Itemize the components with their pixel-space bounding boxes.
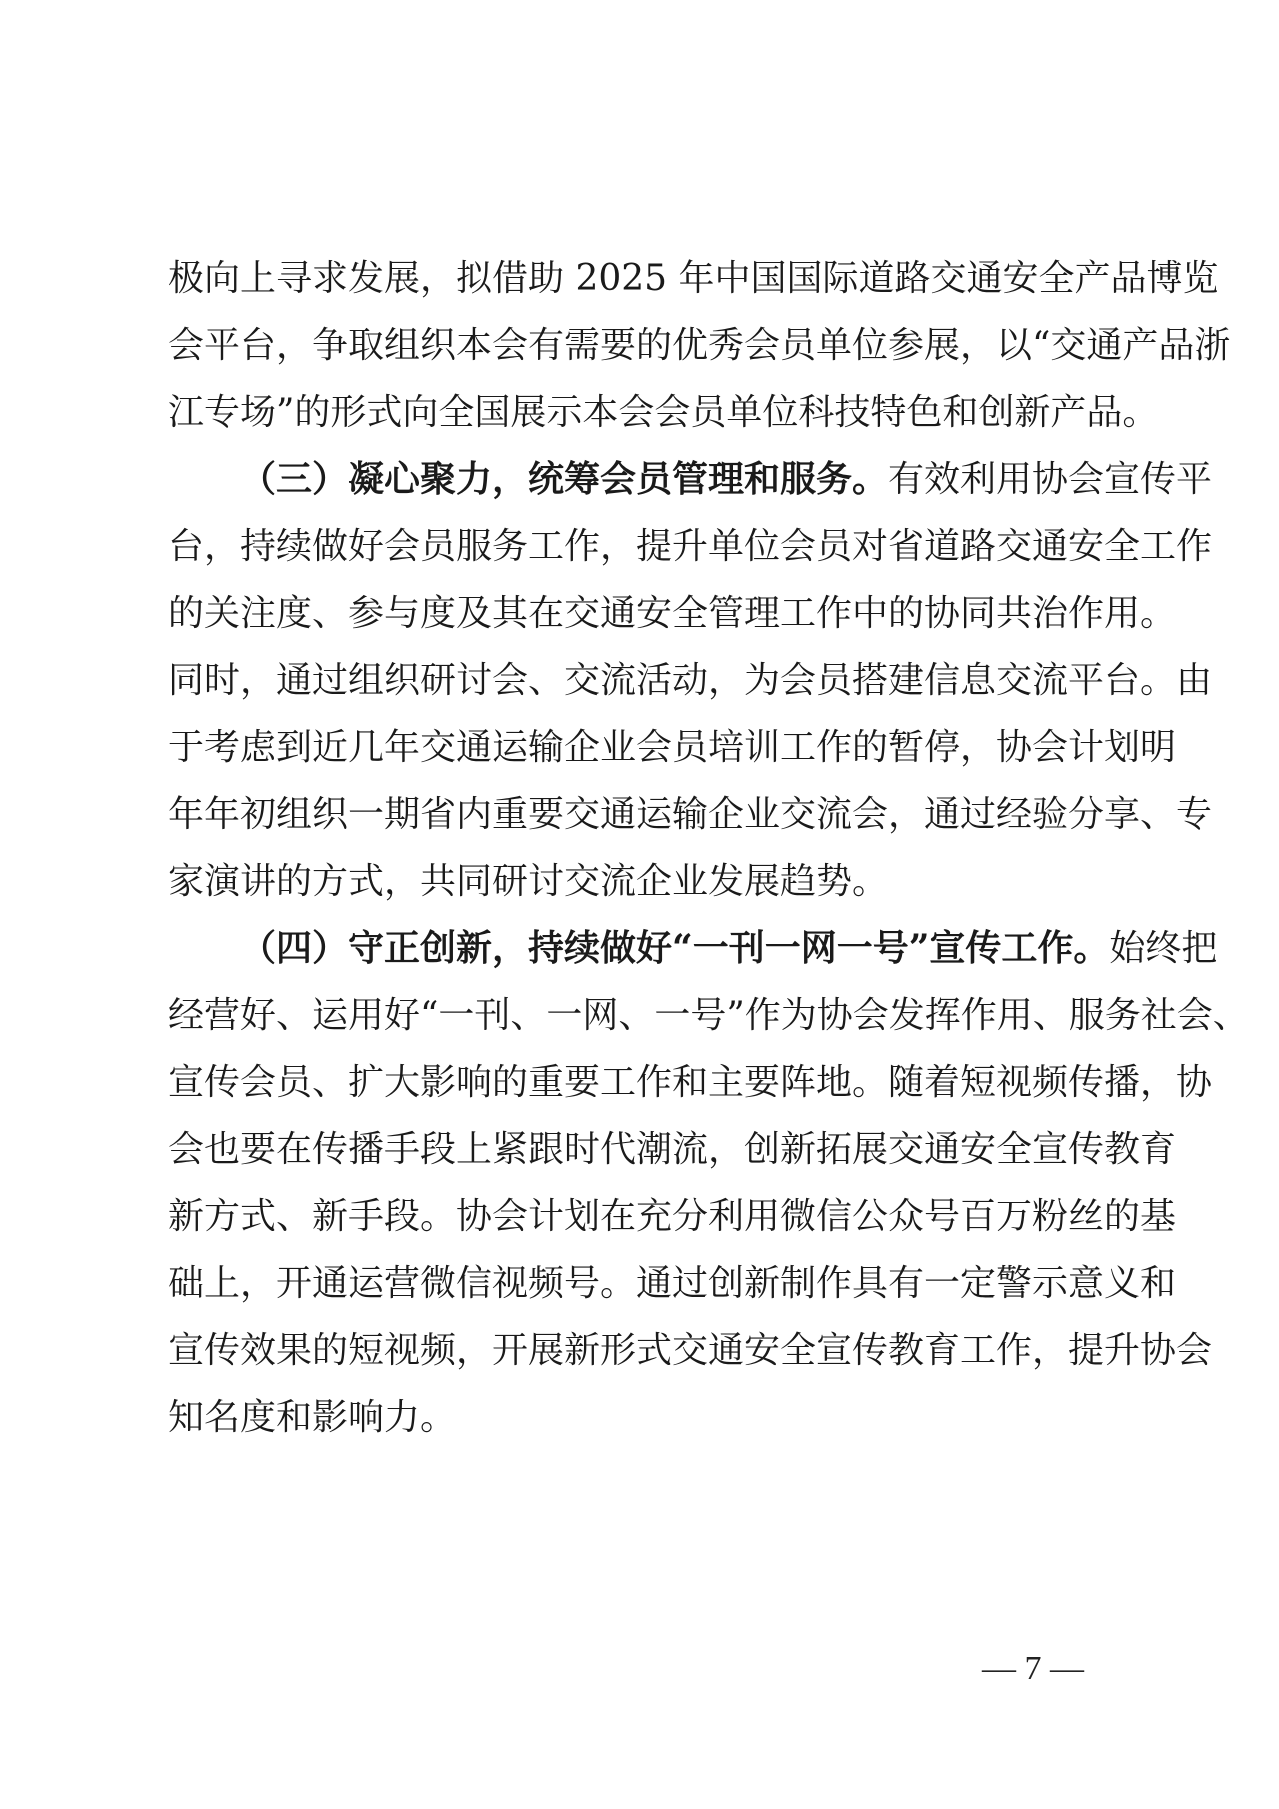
paragraph-3-line-5: 新方式、新手段。协会计划在充分利用微信公众号百万粉丝的基 [168,1183,1118,1250]
paragraph-1-line-1: 极向上寻求发展，拟借助 2025 年中国国际道路交通安全产品博览 [168,245,1118,312]
body-text: 极向上寻求发展，拟借助 2025 年中国国际道路交通安全产品博览 会平台，争取组… [168,245,1118,1451]
paragraph-2-first-line-rest: 有效利用协会宣传平 [888,459,1212,500]
section-heading-4: （四）守正创新，持续做好“一刊一网一号”宣传工作。 [240,927,1109,969]
paragraph-2-line-7: 家演讲的方式，共同研讨交流企业发展趋势。 [168,848,1118,915]
paragraph-3-line-7: 宣传效果的短视频，开展新形式交通安全宣传教育工作，提升协会 [168,1317,1118,1384]
paragraph-3-first-line: （四）守正创新，持续做好“一刊一网一号”宣传工作。始终把 [168,915,1118,982]
paragraph-3-line-6: 础上，开通运营微信视频号。通过创新制作具有一定警示意义和 [168,1250,1118,1317]
paragraph-1-line-3: 江专场”的形式向全国展示本会会员单位科技特色和创新产品。 [168,379,1118,446]
paragraph-2-line-4: 同时，通过组织研讨会、交流活动，为会员搭建信息交流平台。由 [168,647,1118,714]
paragraph-3-first-line-rest: 始终把 [1109,928,1217,969]
paragraph-2-line-2: 台，持续做好会员服务工作，提升单位会员对省道路交通安全工作 [168,513,1118,580]
document-page: 极向上寻求发展，拟借助 2025 年中国国际道路交通安全产品博览 会平台，争取组… [0,0,1279,1809]
paragraph-3-line-8: 知名度和影响力。 [168,1384,1118,1451]
page-number: — 7 — [982,1650,1084,1688]
paragraph-3-line-2: 经营好、运用好“一刊、一网、一号”作为协会发挥作用、服务社会、 [168,982,1118,1049]
section-heading-3: （三）凝心聚力，统筹会员管理和服务。 [240,458,888,500]
paragraph-3-line-3: 宣传会员、扩大影响的重要工作和主要阵地。随着短视频传播，协 [168,1049,1118,1116]
paragraph-2-line-3: 的关注度、参与度及其在交通安全管理工作中的协同共治作用。 [168,580,1118,647]
paragraph-2-line-6: 年年初组织一期省内重要交通运输企业交流会，通过经验分享、专 [168,781,1118,848]
paragraph-2-line-5: 于考虑到近几年交通运输企业会员培训工作的暂停，协会计划明 [168,714,1118,781]
paragraph-2-first-line: （三）凝心聚力，统筹会员管理和服务。有效利用协会宣传平 [168,446,1118,513]
paragraph-3-line-4: 会也要在传播手段上紧跟时代潮流，创新拓展交通安全宣传教育 [168,1116,1118,1183]
paragraph-1-line-2: 会平台，争取组织本会有需要的优秀会员单位参展，以“交通产品浙 [168,312,1118,379]
